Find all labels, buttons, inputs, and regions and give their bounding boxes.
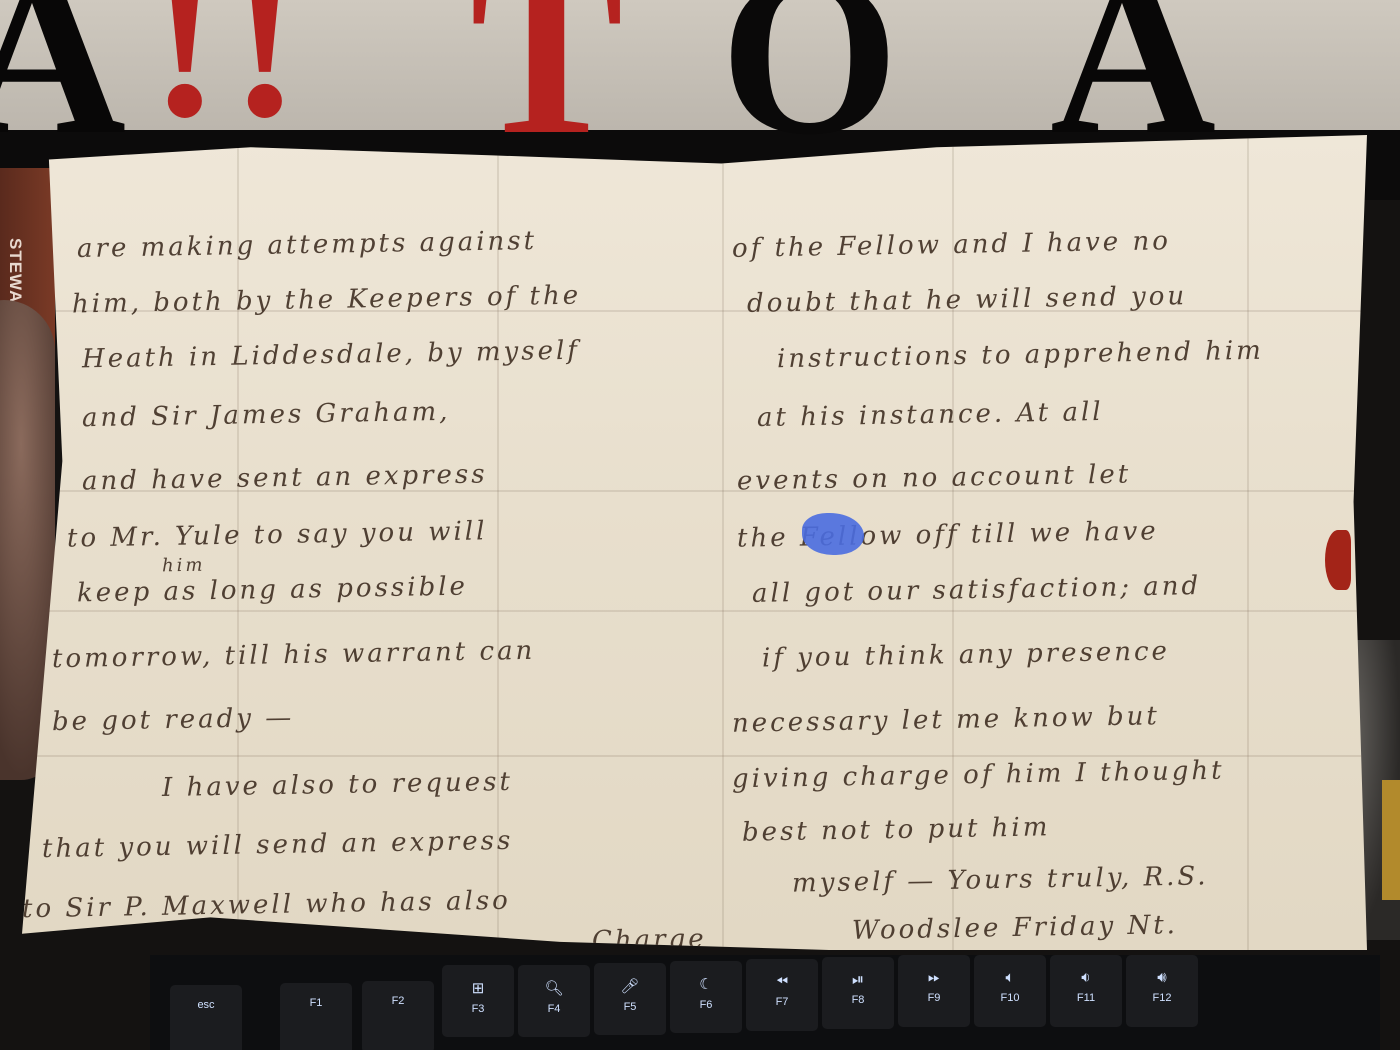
key-f3[interactable]: ⊞F3 bbox=[442, 965, 514, 1037]
key-f2[interactable]: F2 bbox=[362, 981, 434, 1050]
search-icon: 🔍︎ bbox=[518, 979, 590, 997]
letter-line: tomorrow, till his warrant can bbox=[52, 636, 536, 674]
key-f10[interactable]: 🔈︎F10 bbox=[974, 955, 1046, 1027]
key-f6[interactable]: ☾F6 bbox=[670, 961, 742, 1033]
signature-line: Woodslee Friday Nt. bbox=[852, 910, 1178, 946]
letter-line: myself — Yours truly, R.S. bbox=[792, 861, 1209, 898]
letter-line: instructions to apprehend him bbox=[777, 336, 1264, 374]
letter-line: necessary let me know but bbox=[732, 701, 1160, 738]
letter-line: Charge bbox=[592, 924, 707, 956]
fast-forward-icon: ⏩︎ bbox=[898, 969, 970, 986]
volume-down-icon: 🔉︎ bbox=[1050, 969, 1122, 986]
poster-letter-t: T bbox=[470, 0, 623, 170]
rewind-icon: ⏪︎ bbox=[746, 973, 818, 990]
red-wax-seal bbox=[1325, 530, 1351, 590]
poster-letter-o: O bbox=[720, 0, 899, 170]
letter-line: of the Fellow and I have no bbox=[732, 226, 1171, 264]
letter-line: keep as long as possible bbox=[77, 572, 468, 609]
letter-line: to Mr. Yule to say you will bbox=[67, 516, 488, 553]
mute-icon: 🔈︎ bbox=[974, 969, 1046, 986]
letter-line: that you will send an express bbox=[42, 826, 514, 864]
letter-line: Heath in Liddesdale, by myself bbox=[82, 336, 580, 375]
letter-line: best not to put him bbox=[742, 812, 1051, 847]
key-f8[interactable]: ⏯︎F8 bbox=[822, 957, 894, 1029]
key-f1[interactable]: F1 bbox=[280, 983, 352, 1050]
letter-line: the Fellow off till we have bbox=[737, 516, 1159, 553]
volume-up-icon: 🔊︎ bbox=[1126, 969, 1198, 986]
letter-line: if you think any presence bbox=[762, 636, 1170, 673]
poster-letter: A bbox=[0, 0, 126, 170]
can-label bbox=[1382, 780, 1400, 900]
key-f7[interactable]: ⏪︎F7 bbox=[746, 959, 818, 1031]
key-f9[interactable]: ⏩︎F9 bbox=[898, 955, 970, 1027]
letter-line: all got our satisfaction; and bbox=[752, 571, 1202, 609]
microphone-icon: 🎤︎ bbox=[594, 977, 666, 995]
fold-line bbox=[1247, 135, 1249, 950]
letter-line: be got ready — bbox=[52, 703, 295, 737]
key-f11[interactable]: 🔉︎F11 bbox=[1050, 955, 1122, 1027]
play-pause-icon: ⏯︎ bbox=[822, 971, 894, 988]
fold-line bbox=[722, 135, 724, 950]
letter-line: at his instance. At all bbox=[757, 397, 1104, 433]
letter-line: I have also to request bbox=[162, 767, 513, 803]
letter-line: him, both by the Keepers of the bbox=[72, 281, 582, 320]
letter-line: doubt that he will send you bbox=[747, 281, 1188, 319]
key-f12[interactable]: 🔊︎F12 bbox=[1126, 955, 1198, 1027]
key-f5[interactable]: 🎤︎F5 bbox=[594, 963, 666, 1035]
letter-line: giving charge of him I thought bbox=[732, 756, 1225, 795]
poster-exclamation: ! bbox=[230, 0, 300, 150]
blue-ink-stain bbox=[802, 513, 864, 555]
fold-line bbox=[22, 610, 1367, 612]
keyboard: esc F1 F2 ⊞F3 🔍︎F4 🎤︎F5 ☾F6 ⏪︎F7 ⏯︎F8 ⏩︎… bbox=[150, 955, 1380, 1050]
poster-exclamation: ! bbox=[150, 0, 220, 150]
moon-icon: ☾ bbox=[670, 975, 742, 993]
letter-line: to Sir P. Maxwell who has also bbox=[22, 886, 511, 925]
interlinear-note: him bbox=[162, 555, 206, 577]
mission-control-icon: ⊞ bbox=[442, 979, 514, 997]
handwritten-letter: are making attempts against him, both by… bbox=[22, 135, 1367, 950]
key-esc[interactable]: esc bbox=[170, 985, 242, 1050]
letter-line: and Sir James Graham, bbox=[82, 397, 451, 433]
letter-line: are making attempts against bbox=[77, 226, 538, 264]
key-f4[interactable]: 🔍︎F4 bbox=[518, 965, 590, 1037]
